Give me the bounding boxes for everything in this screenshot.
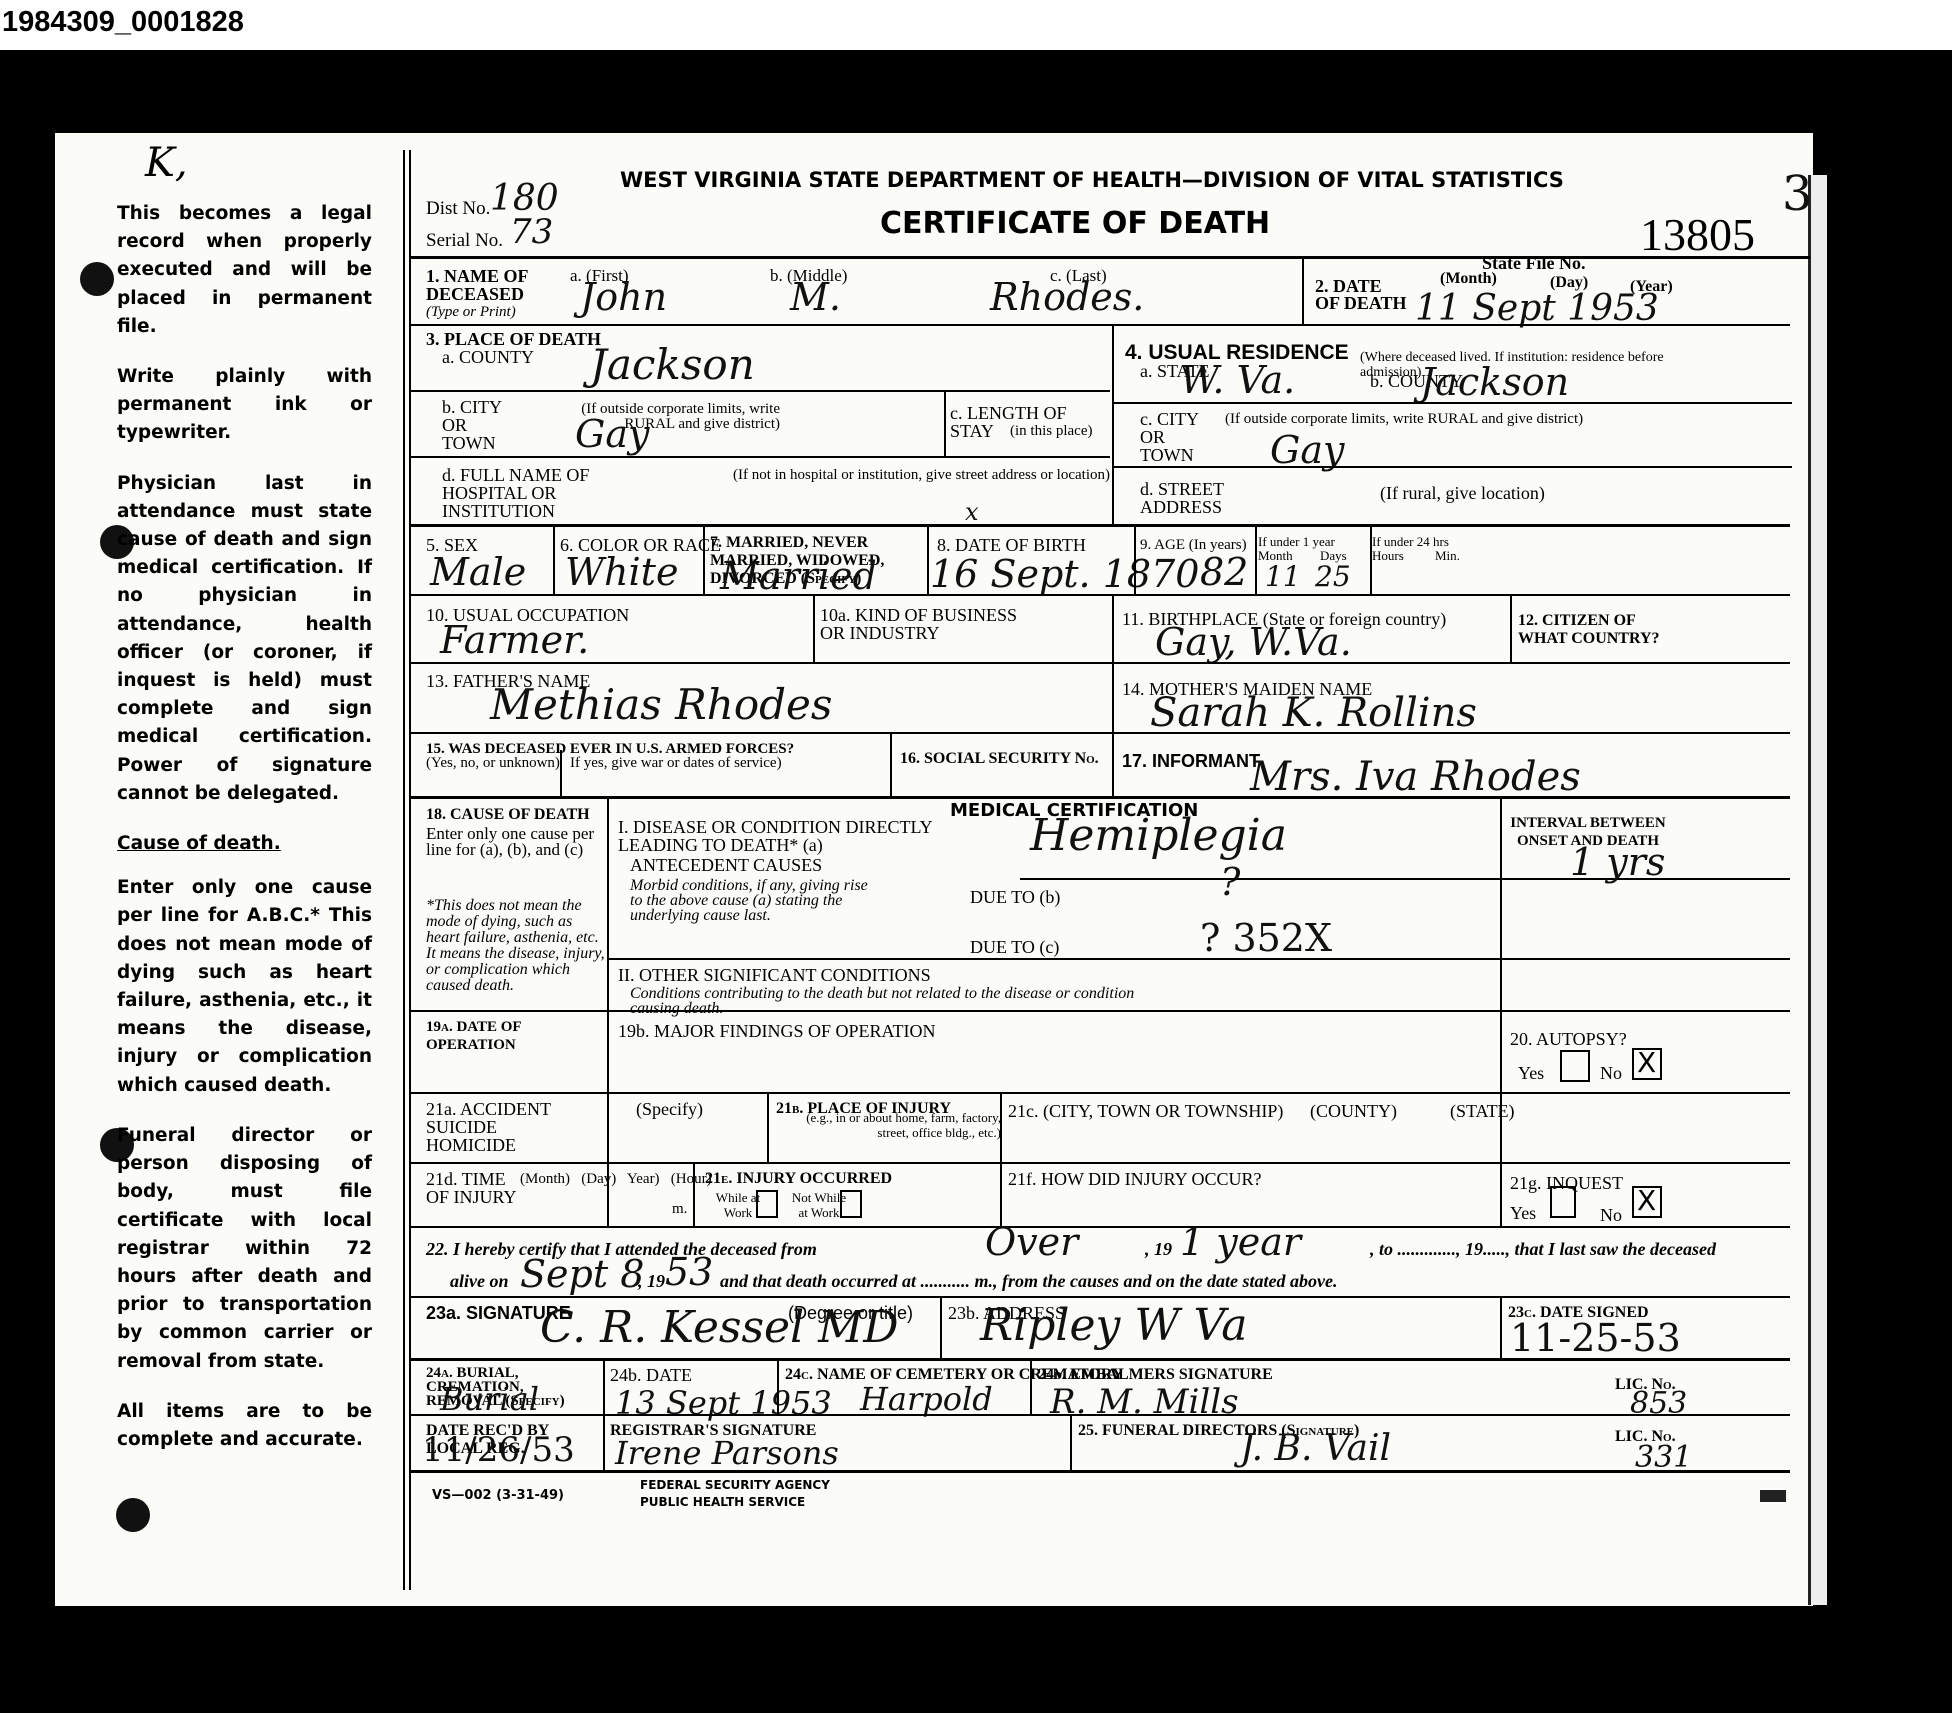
first-name-value[interactable]: John (580, 275, 667, 319)
date-of-birth-value[interactable]: 16 Sept. 1870 (930, 552, 1199, 596)
time-of-injury-columns: (Month) (Day) Year) (Hour) (520, 1172, 712, 1187)
residence-city-label: c. CITY OR TOWN (1140, 410, 1210, 464)
rule (1500, 1162, 1502, 1226)
cause-a-value[interactable]: Hemiplegia (1030, 810, 1287, 861)
injury-county-label: (COUNTY) (1310, 1102, 1397, 1120)
rule (410, 1226, 1790, 1228)
rule (1500, 796, 1502, 1222)
burial-value[interactable]: Burial (440, 1380, 539, 1418)
rule (410, 732, 1790, 734)
rule (410, 324, 1790, 326)
fathers-name-value[interactable]: Methias Rhodes (490, 680, 832, 729)
attended-from-value[interactable]: Over (985, 1220, 1078, 1264)
date-of-death-value[interactable]: 11 Sept 1953 (1415, 288, 1659, 329)
cause-of-death-heading: Cause of death. (117, 830, 372, 858)
death-county-label: a. COUNTY (442, 348, 534, 366)
punch-hole-icon (116, 1498, 150, 1532)
instruction-legal-record: This becomes a legal record when properl… (117, 200, 372, 341)
alive-on-year-value[interactable]: 53 (665, 1250, 713, 1294)
inquest-yes-label: Yes (1510, 1204, 1536, 1222)
attended-year-value[interactable]: 1 year (1180, 1220, 1301, 1264)
under-1-year-label: If under 1 year (1258, 534, 1368, 549)
street-address-note: (If rural, give location) (1380, 484, 1545, 502)
rule (410, 1162, 1790, 1164)
autopsy-no-label: No (1600, 1064, 1622, 1082)
punch-hole-icon (80, 262, 114, 296)
rule (940, 1296, 942, 1358)
other-conditions-label: II. OTHER SIGNIFICANT CONDITIONS (618, 966, 931, 984)
name-sub-label: (Type or Print) (426, 305, 516, 320)
rule (1020, 878, 1790, 880)
rule (1255, 524, 1257, 594)
top-bar: 1984309_0001828 (0, 0, 1952, 50)
rule (1112, 466, 1792, 468)
instructions-sidebar: This becomes a legal record when properl… (117, 200, 372, 1476)
rule (693, 1162, 695, 1226)
embalmer-value[interactable]: R. M. Mills (1050, 1382, 1239, 1422)
accident-label: 21a. ACCIDENT SUICIDE HOMICIDE (426, 1100, 556, 1154)
rule (1302, 256, 1304, 324)
citizenship-label: 12. CITIZEN OF WHAT COUNTRY? (1518, 612, 1688, 648)
alive-on-year-prefix: , 19 (638, 1274, 665, 1289)
armed-forces-sub1: (Yes, no, or unknown) (426, 756, 560, 771)
instruction-funeral-director: Funeral director or person disposing of … (117, 1122, 372, 1376)
under-24-hrs-label: If under 24 hrs (1372, 534, 1482, 549)
funeral-director-value[interactable]: J. B. Vail (1240, 1428, 1391, 1469)
antecedent-note: Morbid conditions, if any, giving rise t… (630, 878, 870, 923)
occupation-value[interactable]: Farmer. (440, 618, 589, 662)
autopsy-yes-label: Yes (1518, 1064, 1544, 1082)
operation-findings-label: 19b. MAJOR FINDINGS OF OPERATION (618, 1022, 936, 1040)
name-label: 1. NAME OF DECEASED (426, 267, 556, 303)
not-while-at-work-checkbox[interactable] (840, 1190, 862, 1218)
physician-signature-value[interactable]: C. R. Kessel MD (540, 1302, 899, 1353)
last-name-value[interactable]: Rhodes. (990, 275, 1144, 319)
rule (410, 1470, 1790, 1473)
mothers-name-value[interactable]: Sarah K. Rollins (1150, 690, 1477, 736)
death-county-value[interactable]: Jackson (590, 340, 755, 389)
rule (410, 1010, 1790, 1012)
age-value[interactable]: 82 (1200, 550, 1248, 594)
disease-label: I. DISEASE OR CONDITION DIRECTLY LEADING… (618, 818, 978, 854)
rule (1112, 662, 1114, 732)
time-of-injury-m: m. (672, 1202, 687, 1217)
certify-text-3: , to ............., 19....., that I last… (1370, 1242, 1716, 1257)
days-value[interactable]: 25 (1315, 560, 1351, 593)
rule (410, 256, 1810, 259)
date-signed-value[interactable]: 11-25-53 (1510, 1316, 1681, 1360)
cause-of-death-label: 18. CAUSE OF DEATH (426, 806, 590, 824)
inquest-no-label: No (1600, 1206, 1622, 1224)
rule (410, 796, 1790, 799)
minutes-label: Min. (1435, 548, 1460, 563)
serial-no-value: 73 (510, 212, 553, 252)
rule (944, 390, 946, 456)
margin-mark: K, (145, 140, 188, 186)
birthplace-value[interactable]: Gay, W.Va. (1155, 620, 1352, 664)
corner-mark: 3 (1782, 166, 1813, 222)
residence-county-value[interactable]: Jackson (1420, 360, 1569, 404)
informant-label: 17. INFORMANT (1122, 752, 1260, 770)
state-file-number: 13805 (1640, 208, 1755, 261)
footer-service: PUBLIC HEALTH SERVICE (640, 1495, 805, 1509)
street-address-label: d. STREET ADDRESS (1140, 480, 1260, 516)
due-to-b-label: DUE TO (b) (970, 888, 1060, 906)
instruction-write-plainly: Write plainly with permanent ink or type… (117, 363, 372, 448)
inquest-yes-checkbox[interactable] (1550, 1186, 1576, 1218)
accident-specify-label: (Specify) (636, 1100, 703, 1118)
months-value[interactable]: 11 (1265, 560, 1301, 593)
business-label: 10a. KIND OF BUSINESS OR INDUSTRY (820, 606, 1030, 642)
instruction-physician: Physician last in attendance must state … (117, 470, 372, 808)
hospital-value[interactable]: x (965, 498, 979, 526)
rule (1500, 1296, 1502, 1358)
rule (1112, 402, 1792, 404)
cause-c-value[interactable]: ? 352X (1200, 916, 1332, 960)
time-of-injury-label: 21d. TIME OF INJURY (426, 1170, 526, 1206)
how-injury-label: 21f. HOW DID INJURY OCCUR? (1008, 1170, 1262, 1188)
rule (410, 456, 1110, 458)
rule (1000, 1092, 1002, 1228)
residence-state-value[interactable]: W. Va. (1180, 358, 1295, 402)
race-value[interactable]: White (565, 550, 678, 594)
operation-date-label: 19a. DATE OF OPERATION (426, 1018, 586, 1054)
while-at-work-checkbox[interactable] (756, 1190, 778, 1218)
social-security-label: 16. SOCIAL SECURITY No. (900, 750, 1100, 768)
agency-title: WEST VIRGINIA STATE DEPARTMENT OF HEALTH… (620, 168, 1564, 192)
rule (410, 1358, 1790, 1361)
interval-a-value[interactable]: 1 yrs (1570, 840, 1665, 884)
armed-forces-sub2: If yes, give war or dates of service) (570, 756, 782, 771)
rule (1112, 594, 1114, 662)
length-of-stay-note: (in this place) (1010, 424, 1092, 439)
rule (410, 390, 1110, 392)
certify-text-4: and that death occurred at ........... m… (720, 1274, 1338, 1289)
informant-value[interactable]: Mrs. Iva Rhodes (1250, 754, 1581, 800)
rule (1070, 1414, 1072, 1470)
cause-b-value[interactable]: ? (1220, 860, 1240, 904)
rule (410, 1414, 1790, 1416)
rule (607, 958, 1790, 960)
rule (553, 524, 555, 594)
autopsy-label: 20. AUTOPSY? (1510, 1030, 1627, 1048)
certificate-form: WEST VIRGINIA STATE DEPARTMENT OF HEALTH… (410, 150, 1805, 1590)
date-of-death-label: 2. DATE OF DEATH (1315, 278, 1410, 312)
rule (1510, 594, 1512, 662)
rule (410, 1296, 1790, 1298)
injury-occurred-label: 21e. INJURY OCCURRED (705, 1170, 892, 1188)
hospital-note: (If not in hospital or institution, give… (710, 468, 1110, 483)
due-to-c-label: DUE TO (c) (970, 938, 1059, 956)
burial-date-value[interactable]: 13 Sept 1953 (615, 1384, 832, 1422)
rule (410, 1092, 1790, 1094)
footer-agency: FEDERAL SECURITY AGENCY (640, 1478, 830, 1492)
rule (927, 524, 929, 594)
cause-of-death-footnote: *This does not mean the mode of dying, s… (426, 898, 606, 994)
form-number: VS—002 (3-31-49) (432, 1488, 564, 1503)
rule (410, 662, 1790, 664)
inquest-no-checkbox[interactable] (1632, 1186, 1662, 1218)
sex-value[interactable]: Male (430, 550, 526, 594)
injury-state-label: (STATE) (1450, 1102, 1515, 1120)
rule (410, 524, 1790, 527)
cause-of-death-note: Enter only one cause per line for (a), (… (426, 826, 606, 858)
instruction-cause: Enter only one cause per line for A.B.C.… (117, 874, 372, 1100)
death-city-value[interactable]: Gay (575, 412, 649, 456)
alive-on-label: alive on (450, 1274, 509, 1289)
rule (1112, 324, 1114, 524)
rule (560, 750, 562, 796)
rule (777, 1358, 779, 1414)
rule (767, 1092, 769, 1162)
dist-no-label: Dist No. (426, 200, 490, 218)
burial-date-label: 24b. DATE (610, 1366, 692, 1384)
date-received-value[interactable]: 11/26/53 (422, 1430, 575, 1470)
physician-address-value[interactable]: Ripley W Va (980, 1300, 1248, 1351)
instruction-complete: All items are to be complete and accurat… (117, 1398, 372, 1454)
hours-label: Hours (1372, 548, 1404, 563)
autopsy-no-checkbox[interactable] (1632, 1048, 1662, 1080)
middle-name-value[interactable]: M. (790, 275, 841, 319)
hospital-label: d. FULL NAME OF HOSPITAL OR INSTITUTION (442, 466, 622, 520)
serial-no-label: Serial No. (426, 232, 503, 250)
rule (813, 594, 815, 662)
place-of-injury-note: (e.g., in or about home, farm, factory, … (776, 1110, 1001, 1140)
union-label-icon (1760, 1490, 1786, 1502)
rule (1112, 732, 1114, 796)
certify-text-2: , 19 (1145, 1242, 1172, 1257)
alive-on-value[interactable]: Sept 8 (520, 1252, 644, 1296)
place-of-death-label: 3. PLACE OF DEATH (426, 330, 601, 348)
rule (703, 524, 705, 594)
death-city-label: b. CITY OR TOWN (442, 398, 512, 452)
registrar-signature-value[interactable]: Irene Parsons (615, 1434, 839, 1472)
month-label: (Month) (1440, 270, 1497, 288)
rule (1134, 524, 1136, 594)
antecedent-label: ANTECEDENT CAUSES (630, 856, 822, 874)
residence-city-note: (If outside corporate limits, write RURA… (1225, 412, 1583, 427)
rule (890, 732, 892, 796)
certificate-title: CERTIFICATE OF DEATH (880, 206, 1270, 241)
rule (1030, 1358, 1032, 1414)
autopsy-yes-checkbox[interactable] (1560, 1050, 1590, 1082)
injury-city-label: 21c. (CITY, TOWN OR TOWNSHIP) (1008, 1102, 1283, 1120)
document-id: 1984309_0001828 (2, 6, 244, 39)
marital-status-value[interactable]: Married (720, 554, 877, 598)
paper-edge (1808, 175, 1827, 1605)
cemetery-value[interactable]: Harpold (860, 1380, 993, 1418)
rule (410, 594, 1790, 596)
